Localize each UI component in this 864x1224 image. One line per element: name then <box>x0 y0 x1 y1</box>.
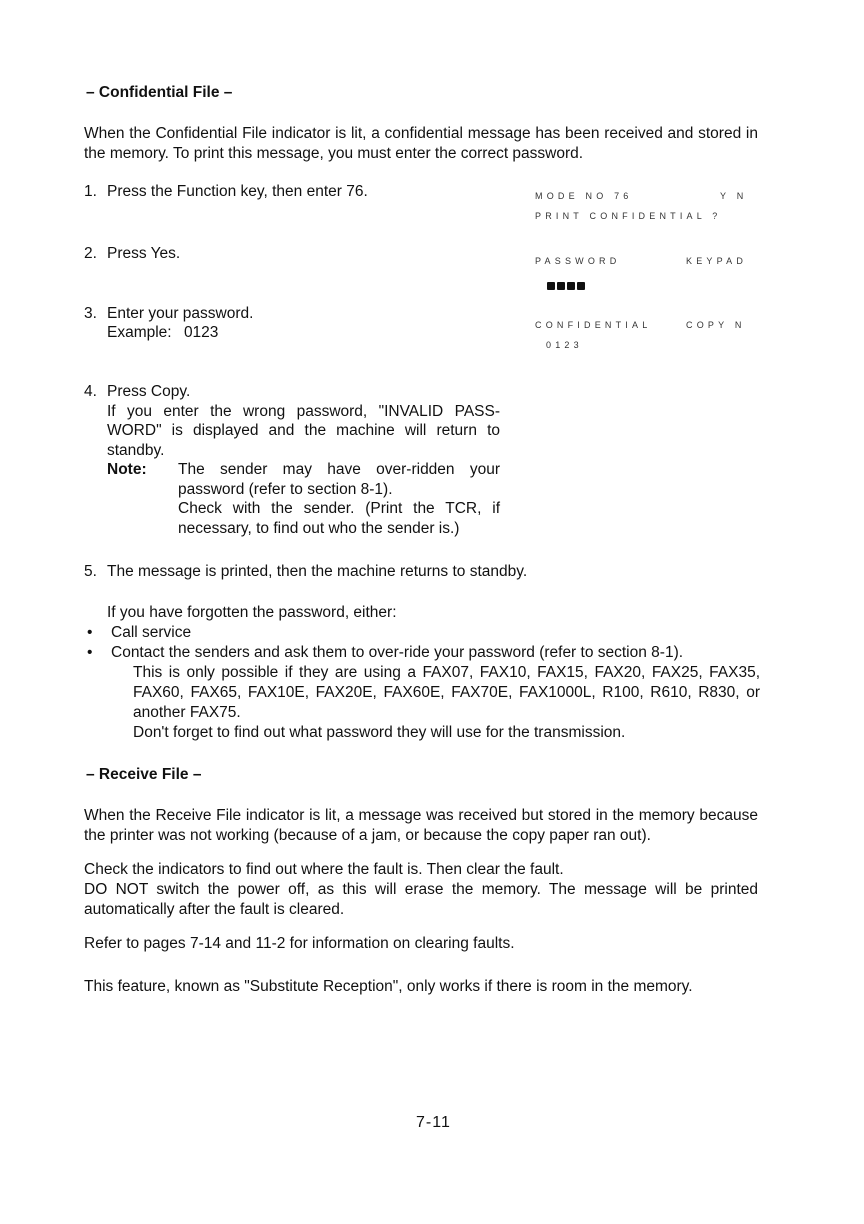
section-heading-confidential: – Confidential File – <box>86 84 232 102</box>
step-5: 5. The message is printed, then the mach… <box>84 563 764 581</box>
lcd-screen2-left: PASSWORD <box>535 256 620 266</box>
note-block: Note: The sender may have over-ridden yo… <box>107 460 500 538</box>
lcd-screen3-left: CONFIDENTIAL <box>535 320 651 330</box>
lcd-screen3-line2: 0123 <box>546 340 583 350</box>
bullet-item: • Contact the senders and ask them to ov… <box>84 643 744 663</box>
receive-refer: Refer to pages 7-14 and 11-2 for informa… <box>84 934 758 954</box>
receive-feature: This feature, known as "Substitute Recep… <box>84 977 774 997</box>
bullet-item: • Call service <box>84 623 744 643</box>
bullet-text: Call service <box>111 624 191 641</box>
step-example: Example: 0123 <box>107 323 504 342</box>
bullet-icon: • <box>87 643 92 663</box>
step-number: 5. <box>84 563 97 581</box>
step-1: 1. Press the Function key, then enter 76… <box>84 183 504 201</box>
bullet-text: Contact the senders and ask them to over… <box>111 644 683 661</box>
example-value: 0123 <box>184 324 218 341</box>
lcd-screen2-right: KEYPAD <box>686 256 747 266</box>
section-heading-receive: – Receive File – <box>86 766 201 784</box>
lcd-screen1-line2: PRINT CONFIDENTIAL ? <box>535 211 722 221</box>
step-text: Press Copy. <box>107 382 504 402</box>
step-number: 3. <box>84 304 97 323</box>
note-line-2: Check with the sender. (Print the TCR, i… <box>178 499 500 538</box>
step-text: The message is printed, then the machine… <box>107 563 527 580</box>
note-label: Note: <box>107 460 147 480</box>
receive-warning: DO NOT switch the power off, as this wil… <box>84 880 758 920</box>
forgotten-intro: If you have forgotten the password, eith… <box>107 603 767 623</box>
page-number: 7-11 <box>416 1114 451 1132</box>
step-number: 2. <box>84 245 97 263</box>
step-2: 2. Press Yes. <box>84 245 504 263</box>
step-detail: If you enter the wrong password, "INVALI… <box>107 402 500 461</box>
receive-check-line: Check the indicators to find out where t… <box>84 860 758 880</box>
confidential-intro: When the Confidential File indicator is … <box>84 124 758 164</box>
step-3: 3. Enter your password. Example: 0123 <box>84 304 504 342</box>
lcd-screen1-right: Y N <box>720 191 747 201</box>
lcd-masked-password <box>547 277 587 295</box>
compatible-models: This is only possible if they are using … <box>133 663 760 723</box>
example-label: Example: <box>107 324 172 341</box>
step-text: Press Yes. <box>107 245 180 262</box>
forgotten-password-block: If you have forgotten the password, eith… <box>107 603 767 743</box>
step-4: 4. Press Copy. If you enter the wrong pa… <box>84 382 504 538</box>
forgotten-reminder: Don't forget to find out what password t… <box>133 723 744 743</box>
step-text: Enter your password. <box>107 304 504 323</box>
lcd-screen1-left: MODE NO 76 <box>535 191 633 201</box>
bullet-icon: • <box>87 623 92 643</box>
step-text: Press the Function key, then enter 76. <box>107 183 368 200</box>
receive-intro: When the Receive File indicator is lit, … <box>84 806 758 846</box>
note-line-1: The sender may have over-ridden your pas… <box>178 460 500 499</box>
step-number: 4. <box>84 382 97 402</box>
step-number: 1. <box>84 183 97 201</box>
lcd-screen3-right: COPY N <box>686 320 746 330</box>
